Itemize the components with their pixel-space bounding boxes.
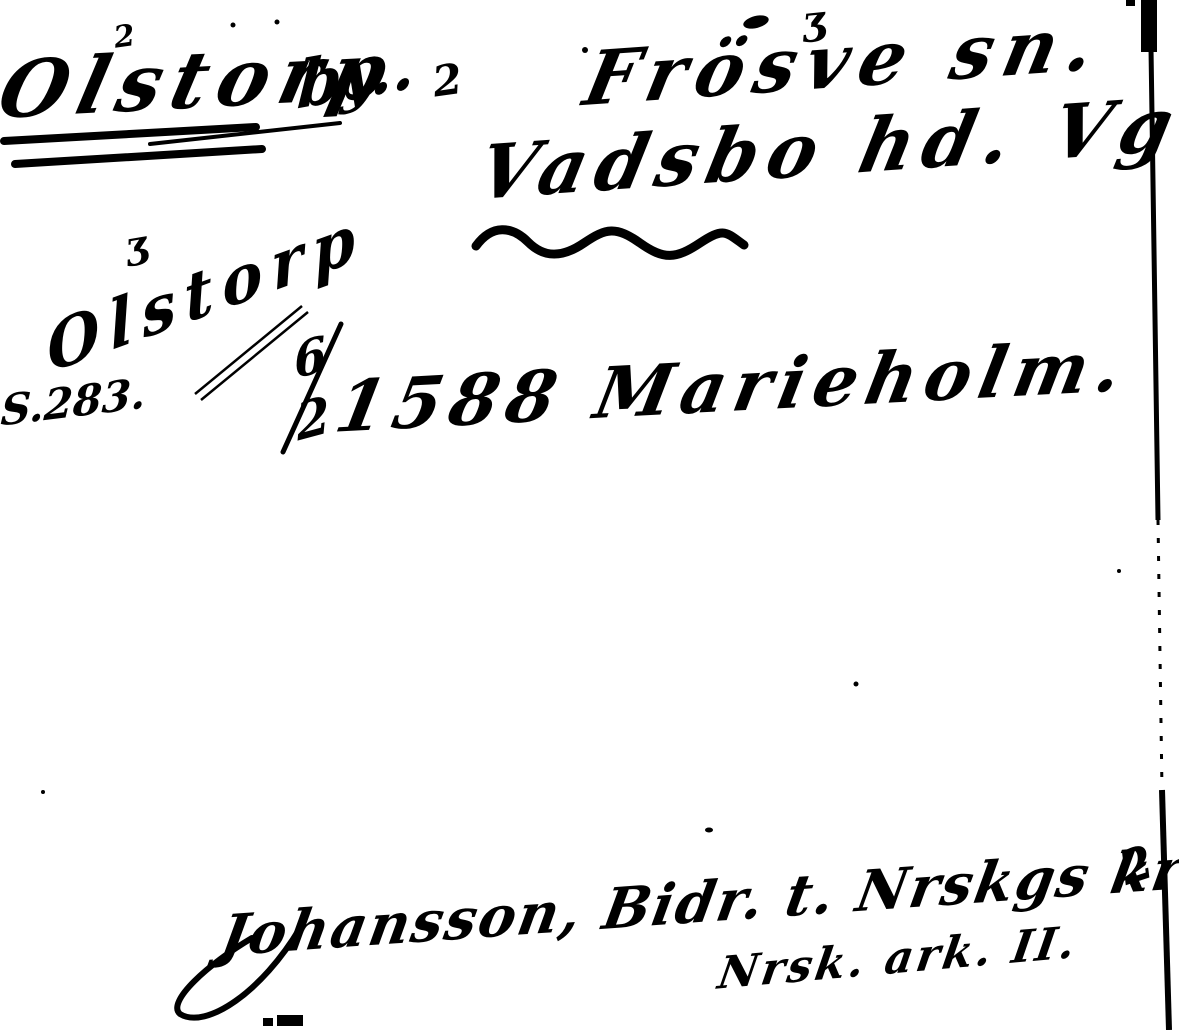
- headword-superscript: 2: [430, 58, 465, 104]
- entry-date-month: 2: [294, 389, 332, 449]
- headword-type-suffix: by..: [295, 33, 417, 119]
- entry-record: 1588 Marieholm.: [330, 331, 1135, 443]
- entry-page-ref: S.283.: [0, 372, 147, 432]
- district-wavy-underline: [476, 230, 744, 256]
- bottom-edge-mark: [263, 1015, 303, 1026]
- entry-date-day: 6: [292, 329, 329, 386]
- entry-index-mark: ʒ: [122, 224, 150, 265]
- index-card: 2 Olstorp by.. 2 ʒ Frösve sn. Vadsbo hd.…: [0, 0, 1179, 1030]
- citation-volume: Nrsk. ark. II.: [715, 921, 1081, 997]
